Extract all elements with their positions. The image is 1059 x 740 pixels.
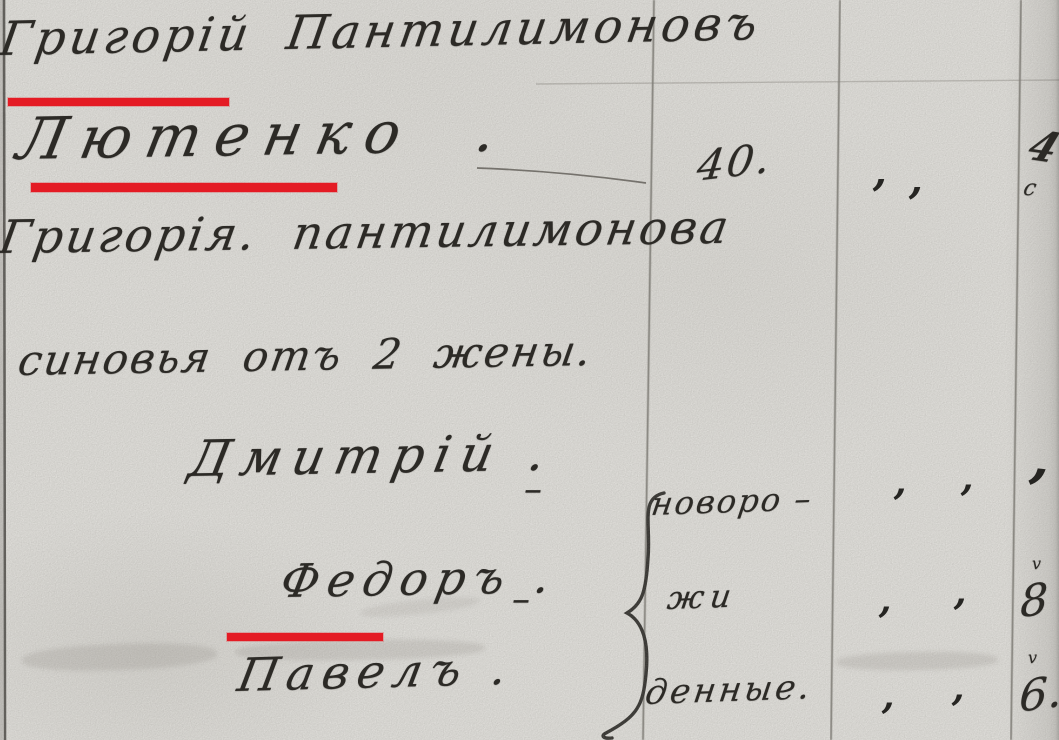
ditto-mark: ‚ [953,572,967,612]
head-surname-line: Лютенко . [13,101,515,168]
table-rule-vertical-3 [1011,0,1021,740]
ditto-mark: ‚ [878,580,892,620]
connector-dash: – [524,472,542,508]
tick-mark: v [1032,556,1041,572]
document-scan-page: Григорій Пантилимоновъ Лютенко . 40. ‚ ‚… [0,0,1059,740]
head-age-value: 40. [695,137,775,188]
left-page-edge [0,0,3,740]
red-underline-first-name [8,98,229,106]
bleedthrough-smudge [836,651,998,672]
table-rule-vertical-1 [643,0,654,740]
table-rule-vertical-2 [831,0,840,740]
son-name: Павелъ . [234,645,519,698]
patronymic-line: Григорія. пантилимонова [0,204,735,260]
son-name: Дмитрій . [185,428,560,484]
red-underline-son-fedor [227,633,383,641]
ditto-mark: ‚ [881,676,895,716]
edge-cutoff-stroke: с [1021,178,1038,200]
ditto-mark: ‚ [951,668,965,708]
head-name-line: Григорій Пантилимоновъ [0,0,765,63]
connector-dash: – [512,582,530,618]
brace-note-word: денные. [643,670,815,710]
faint-horizontal-rule [536,80,1059,84]
edge-cutoff-numeral: 4 [1023,126,1059,169]
red-underline-surname [31,183,337,192]
age-mark: 6. [1018,670,1059,719]
surname-filler-line [477,168,646,183]
right-page-edge-shadow [1006,0,1059,740]
ditto-mark: ‚ [960,458,974,498]
ditto-mark: ‚ [908,158,923,202]
bleedthrough-smudge [22,641,218,674]
sons-intro-line: синовья отъ 2 жены. [15,330,596,382]
age-mark: 8 [1020,577,1048,625]
ditto-mark: ‚ [872,150,887,194]
left-border-rule [4,0,5,740]
brace-note-word: новоро – [649,482,815,520]
age-mark: ‚ [1027,427,1054,489]
brace-note-word: жи [665,580,739,614]
tick-mark: v [1028,650,1037,666]
ditto-mark: ‚ [893,462,907,502]
